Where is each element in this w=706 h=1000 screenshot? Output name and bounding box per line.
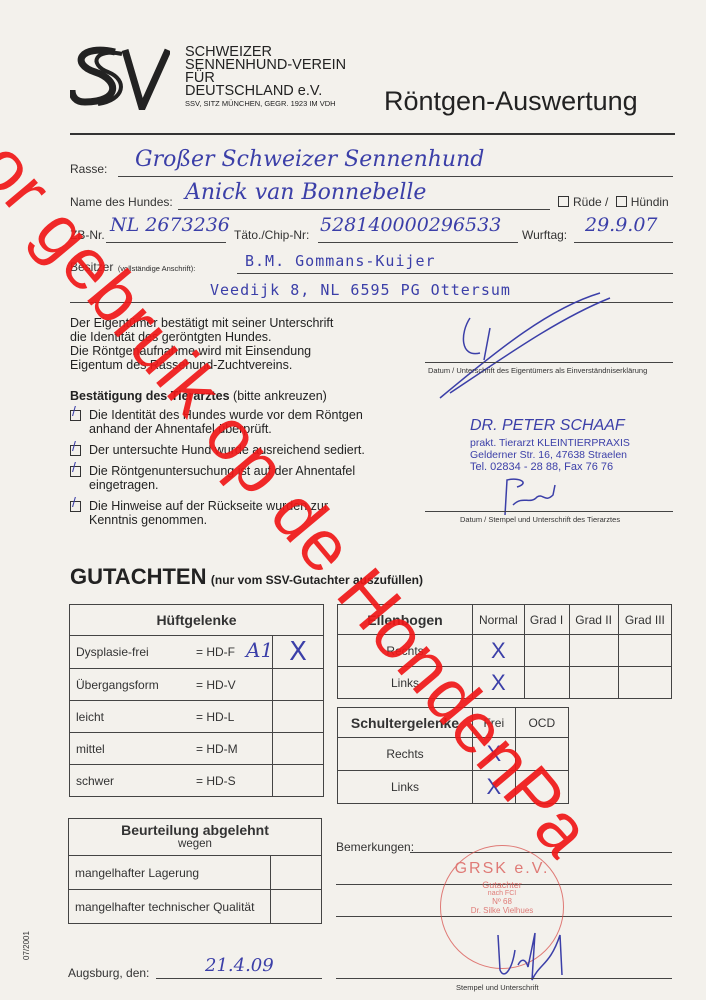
hip-mark-cell[interactable]: X bbox=[273, 636, 324, 669]
chip-value: 528140000296533 bbox=[320, 214, 501, 236]
elbow-mark-cell[interactable] bbox=[618, 667, 671, 699]
table-row: Übergangsform= HD-V bbox=[70, 669, 324, 701]
hip-mark-cell[interactable] bbox=[273, 669, 324, 701]
owner-sig-caption: Datum / Unterschrift des Eigentümers als… bbox=[428, 366, 647, 375]
sex-selector: Rüde / Hündin bbox=[558, 195, 669, 209]
rejected-table: Beurteilung abgelehnt wegen mangelhafter… bbox=[68, 818, 322, 924]
table-row: mangelhafter Lagerung bbox=[69, 856, 322, 890]
hip-label: schwer bbox=[76, 774, 114, 788]
hip-label: Übergangsform bbox=[76, 678, 159, 692]
elbow-col: Grad I bbox=[524, 605, 569, 635]
huendin-checkbox[interactable] bbox=[616, 196, 627, 207]
wurftag-label: Wurftag: bbox=[522, 228, 567, 242]
rasse-field[interactable] bbox=[118, 176, 673, 177]
org-line: DEUTSCHLAND e.V. bbox=[185, 85, 346, 98]
date-value: 21.4.09 bbox=[205, 955, 274, 976]
table-row: schwer= HD-S bbox=[70, 765, 324, 797]
elbow-col: Normal bbox=[473, 605, 525, 635]
stamp-line: nach FCI bbox=[441, 890, 563, 897]
name-field[interactable] bbox=[178, 209, 550, 210]
expert-signature-line[interactable] bbox=[336, 978, 672, 979]
hips-table: Hüftgelenke Dysplasie-frei= HD-FA1X Über… bbox=[69, 604, 324, 797]
elbow-mark-cell[interactable] bbox=[569, 667, 618, 699]
elbow-mark-cell[interactable] bbox=[618, 635, 671, 667]
rejected-reason: mangelhafter technischer Qualität bbox=[69, 890, 271, 924]
owner-signature bbox=[420, 288, 620, 413]
wurftag-value: 29.9.07 bbox=[585, 214, 658, 236]
place-label: Augsburg, den: bbox=[68, 966, 149, 980]
rejected-title: Beurteilung abgelehnt bbox=[70, 823, 320, 837]
rasse-value: Großer Schweizer Sennenhund bbox=[135, 147, 484, 172]
vet-stamp-name: DR. PETER SCHAAF bbox=[470, 417, 630, 435]
vet-stamp: DR. PETER SCHAAF prakt. Tierarzt KLEINTI… bbox=[470, 417, 630, 473]
rejected-mark-cell[interactable] bbox=[271, 856, 322, 890]
form-code: 07/2001 bbox=[22, 931, 31, 960]
rejected-sub: wegen bbox=[70, 837, 320, 851]
chip-field[interactable] bbox=[318, 242, 518, 243]
page-title: Röntgen-Auswertung bbox=[384, 86, 638, 117]
hip-label: mittel bbox=[76, 742, 105, 756]
elbow-mark-cell[interactable] bbox=[569, 635, 618, 667]
hip-label: leicht bbox=[76, 710, 104, 724]
hips-header: Hüftgelenke bbox=[70, 605, 324, 636]
besitzer-value-1: B.M. Gommans-Kuijer bbox=[245, 252, 436, 270]
ruede-label: Rüde / bbox=[573, 195, 608, 209]
org-name: SCHWEIZER SENNENHUND-VEREIN FÜR DEUTSCHL… bbox=[185, 46, 346, 110]
wurftag-field[interactable] bbox=[574, 242, 673, 243]
signature-caption: Stempel und Unterschrift bbox=[456, 983, 539, 992]
table-row: mittel= HD-M bbox=[70, 733, 324, 765]
vet-signature-line[interactable] bbox=[425, 511, 673, 512]
hip-grade: leicht= HD-L bbox=[70, 701, 273, 733]
name-value: Anick van Bonnebelle bbox=[185, 180, 426, 205]
elbow-mark-cell[interactable] bbox=[524, 667, 569, 699]
hip-mark-cell[interactable] bbox=[273, 701, 324, 733]
stamp-line: Dr. Silke Vielhues bbox=[441, 906, 563, 915]
hip-code: = HD-F bbox=[196, 645, 235, 659]
hip-code: = HD-S bbox=[196, 774, 236, 788]
hip-code: = HD-V bbox=[196, 678, 236, 692]
table-row: Dysplasie-frei= HD-FA1X bbox=[70, 636, 324, 669]
elbow-col: Grad III bbox=[618, 605, 671, 635]
vet-sig-caption: Datum / Stempel und Unterschrift des Tie… bbox=[460, 515, 620, 524]
zb-value: NL 2673236 bbox=[110, 214, 230, 236]
rejected-header: Beurteilung abgelehnt wegen bbox=[69, 819, 322, 856]
hip-grade: Übergangsform= HD-V bbox=[70, 669, 273, 701]
hip-label: Dysplasie-frei bbox=[76, 645, 149, 659]
hip-code: = HD-L bbox=[196, 710, 234, 724]
table-row: mangelhafter technischer Qualität bbox=[69, 890, 322, 924]
check-box[interactable]: / bbox=[70, 445, 81, 456]
vet-stamp-line: Gelderner Str. 16, 47638 Straelen bbox=[470, 449, 630, 461]
hip-grade: schwer= HD-S bbox=[70, 765, 273, 797]
shoulder-side: Links bbox=[338, 771, 473, 804]
ssv-logo bbox=[70, 44, 170, 110]
header-divider bbox=[70, 133, 675, 135]
check-box[interactable]: / bbox=[70, 501, 81, 512]
rejected-reason: mangelhafter Lagerung bbox=[69, 856, 271, 890]
check-box[interactable]: / bbox=[70, 410, 81, 421]
elbow-mark-cell[interactable] bbox=[524, 635, 569, 667]
owner-signature-line[interactable] bbox=[425, 362, 673, 363]
expert-signature bbox=[490, 925, 570, 990]
hip-grade: Dysplasie-frei= HD-FA1 bbox=[70, 636, 273, 669]
org-sub: SSV, SITZ MÜNCHEN, GEGR. 1923 IM VDH bbox=[185, 98, 346, 110]
elbow-col: Grad II bbox=[569, 605, 618, 635]
hip-mark-cell[interactable] bbox=[273, 765, 324, 797]
rasse-label: Rasse: bbox=[70, 162, 107, 176]
hip-grade: mittel= HD-M bbox=[70, 733, 273, 765]
huendin-label: Hündin bbox=[631, 195, 669, 209]
date-field[interactable] bbox=[156, 978, 322, 979]
elbow-mark-cell[interactable]: X bbox=[473, 635, 525, 667]
gutachten-title: GUTACHTEN bbox=[70, 564, 206, 589]
rejected-mark-cell[interactable] bbox=[271, 890, 322, 924]
vet-stamp-line: prakt. Tierarzt KLEINTIERPRAXIS bbox=[470, 437, 630, 449]
stamp-line: Gutachter bbox=[441, 880, 563, 890]
table-row: leicht= HD-L bbox=[70, 701, 324, 733]
remarks-label: Bemerkungen: bbox=[336, 840, 414, 854]
hip-mark-cell[interactable] bbox=[273, 733, 324, 765]
hip-code: = HD-M bbox=[196, 742, 238, 756]
vet-stamp-line: Tel. 02834 - 28 88, Fax 76 76 bbox=[470, 461, 630, 473]
check-box[interactable]: / bbox=[70, 466, 81, 477]
ruede-checkbox[interactable] bbox=[558, 196, 569, 207]
chip-label: Täto./Chip-Nr: bbox=[234, 228, 309, 242]
besitzer-field-1[interactable] bbox=[237, 273, 673, 274]
stamp-line: Nº 68 bbox=[441, 897, 563, 906]
hip-note: A1 bbox=[246, 638, 273, 662]
